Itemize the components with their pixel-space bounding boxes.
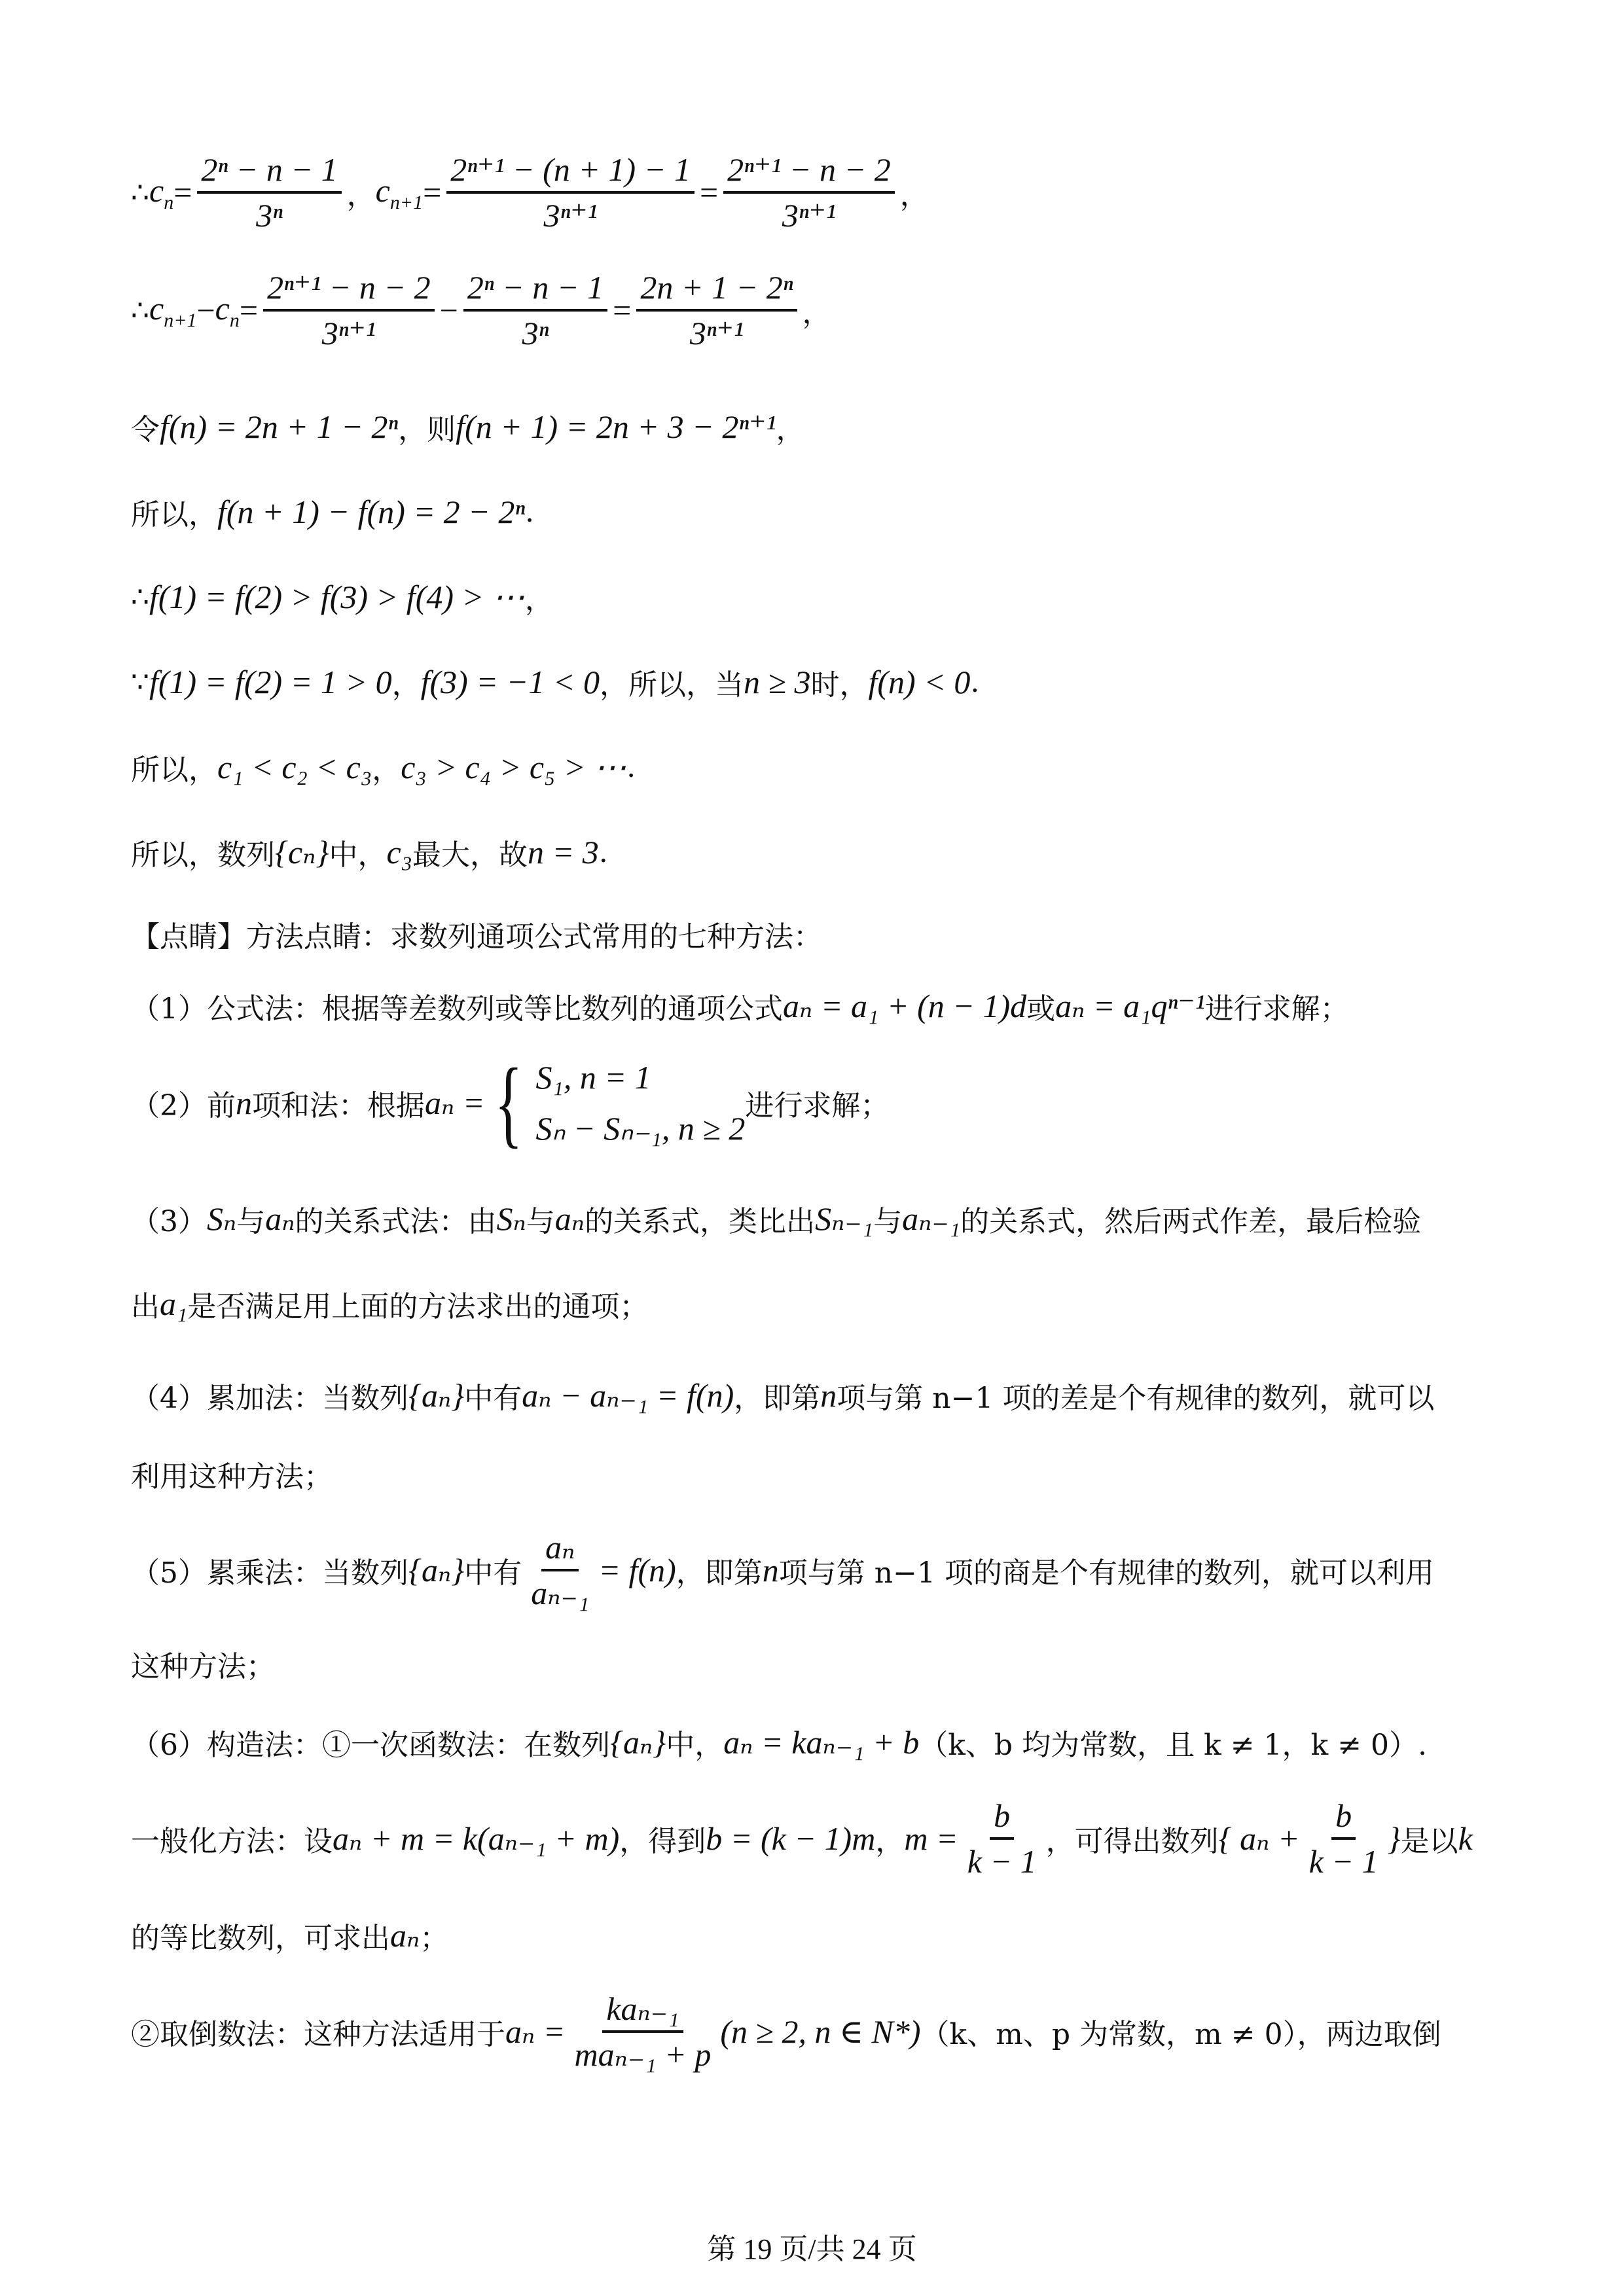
comma: ， bbox=[600, 661, 628, 703]
text-zuida: 最大，故 bbox=[412, 831, 528, 873]
m3-a: （3） bbox=[131, 1198, 207, 1240]
comma: ， bbox=[372, 746, 401, 788]
n: n bbox=[763, 1551, 779, 1589]
m6b-post: 是以 bbox=[1401, 1818, 1458, 1859]
fraction-result: 2n + 1 − 2ⁿ3ⁿ⁺¹ bbox=[636, 268, 797, 352]
case-1: S₁, n = 1 bbox=[536, 1058, 746, 1096]
formula-f-n: f(n) = 2n + 1 − 2ⁿ bbox=[160, 408, 398, 446]
m3-yu: 与 bbox=[526, 1198, 555, 1240]
method-6-line2: 一般化方法：设 aₙ + m = k(aₙ₋₁ + m) ，得到 b = (k … bbox=[131, 1797, 1473, 1880]
text-shi: 时， bbox=[810, 661, 868, 703]
text-suoyi: 所以， bbox=[131, 831, 217, 873]
m6d-post: （k、m、p 为常数，m ≠ 0），两边取倒 bbox=[921, 2011, 1441, 2053]
an1: aₙ₋₁ bbox=[902, 1200, 960, 1238]
comma: ， bbox=[803, 289, 831, 331]
line-c-diff: ∴ cn+1 − cn = 2ⁿ⁺¹ − n − 23ⁿ⁺¹ − 2ⁿ − n … bbox=[131, 268, 831, 352]
equals: = bbox=[240, 291, 258, 329]
m4-mid: 中有 bbox=[464, 1374, 522, 1416]
formula-f-n1: f(n + 1) = 2n + 3 − 2ⁿ⁺¹ bbox=[456, 408, 776, 446]
m6b-eq2: b = (k − 1)m bbox=[706, 1820, 875, 1857]
an: aₙ bbox=[555, 1200, 585, 1238]
m3-e: 的关系式，然后两式作差，最后检验 bbox=[960, 1198, 1421, 1240]
method-4-line2: 利用这种方法； bbox=[131, 1453, 333, 1495]
formula-cn-set: {cₙ} bbox=[275, 833, 329, 871]
m4-pre: （4）累加法：当数列 bbox=[131, 1374, 408, 1416]
comma: ， bbox=[875, 1818, 904, 1859]
an-set: {aₙ} bbox=[408, 1551, 464, 1589]
comma: ， bbox=[347, 171, 376, 213]
text-suoyi: 所以， bbox=[628, 661, 715, 703]
m6d-pre: ②取倒数法：这种方法适用于 bbox=[131, 2011, 505, 2053]
formula-f-vals1: f(1) = f(2) = 1 > 0 bbox=[149, 663, 392, 701]
minus: − bbox=[440, 291, 458, 329]
m6-post: （k、b 均为常数，且 k ≠ 1，k ≠ 0）. bbox=[919, 1721, 1427, 1763]
method-1: （1）公式法：根据等差数列或等比数列的通项公式 aₙ = a₁ + (n − 1… bbox=[131, 985, 1349, 1027]
text-suoyi: 所以， bbox=[131, 746, 217, 788]
formula-n-ge-3: n ≥ 3 bbox=[744, 663, 810, 701]
therefore-symbol: ∴ bbox=[131, 176, 149, 209]
m6-pre: （6）构造法：①一次函数法：在数列 bbox=[131, 1721, 610, 1763]
Sn1: Sₙ₋₁ bbox=[815, 1200, 873, 1238]
m3-c: 的关系式法：由 bbox=[295, 1198, 497, 1240]
an: aₙ bbox=[265, 1200, 295, 1238]
comma: ， bbox=[900, 171, 929, 213]
m5-rhs: = f(n) bbox=[598, 1551, 676, 1589]
c-n: cn bbox=[215, 289, 240, 332]
formula-f-vals2: f(3) = −1 < 0 bbox=[421, 663, 600, 701]
line-f-sign: ∵ f(1) = f(2) = 1 > 0 ， f(3) = −1 < 0 ， … bbox=[131, 661, 979, 703]
m3-d: 的关系式，类比出 bbox=[585, 1198, 815, 1240]
m6b-eq1: aₙ + m = k(aₙ₋₁ + m) bbox=[333, 1820, 619, 1857]
text-suoyi: 所以， bbox=[131, 491, 217, 533]
line-f-diff: 所以， f(n + 1) − f(n) = 2 − 2ⁿ . bbox=[131, 491, 534, 533]
method-6-line4: ②取倒数法：这种方法适用于 aₙ = kaₙ₋₁maₙ₋₁ + p (n ≥ 2… bbox=[131, 1990, 1441, 2073]
page-footer: 第 19 页/共 24 页 bbox=[0, 2225, 1624, 2267]
m4-eq: aₙ − aₙ₋₁ = f(n) bbox=[522, 1376, 734, 1414]
m2-cases: { S₁, n = 1 Sₙ − Sₙ₋₁, n ≥ 2 bbox=[485, 1054, 746, 1152]
method-6-line3: 的等比数列，可求出 aₙ ； bbox=[131, 1914, 448, 1956]
m6b-fraction: bk − 1 bbox=[964, 1797, 1041, 1880]
Sn: Sₙ bbox=[207, 1200, 236, 1238]
c-n1: cn+1 bbox=[376, 171, 423, 214]
m5-mid: 中有 bbox=[464, 1549, 522, 1591]
an-eq: aₙ = bbox=[505, 2013, 566, 2051]
m5-post-b: 项与第 n−1 项的商是个有规律的数列，就可以利用 bbox=[779, 1549, 1434, 1591]
m2-text: （2）前 bbox=[131, 1082, 236, 1124]
m1-formula-arith: aₙ = a₁ + (n − 1)d bbox=[783, 987, 1026, 1025]
m3-l2-post: 是否满足用上面的方法求出的通项； bbox=[187, 1283, 648, 1325]
formula-c3: c₃ bbox=[386, 833, 412, 871]
line-f-order: ∴ f(1) = f(2) > f(3) > f(4) > ⋯ ， bbox=[131, 576, 554, 618]
m2-mid: 项和法：根据 bbox=[252, 1082, 425, 1124]
tip-heading: 【点睛】方法点睛：求数列通项公式常用的七种方法： bbox=[131, 913, 822, 955]
m5-post-a: ，即第 bbox=[676, 1549, 763, 1591]
formula-fn-neg: f(n) < 0 bbox=[868, 663, 970, 701]
c-n: cn bbox=[149, 171, 173, 214]
fraction-cn1: 2ⁿ⁺¹ − (n + 1) − 13ⁿ⁺¹ bbox=[446, 151, 695, 234]
equals: = bbox=[173, 173, 192, 211]
method-5-line1: （5）累乘法：当数列 {aₙ} 中有 aₙaₙ₋₁ = f(n) ，即第 n 项… bbox=[131, 1528, 1434, 1612]
m3-l2-pre: 出 bbox=[131, 1283, 160, 1325]
method-3-line2: 出 a₁ 是否满足用上面的方法求出的通项； bbox=[131, 1283, 648, 1325]
line-conclusion: 所以， 数列 {cₙ} 中， c₃ 最大，故 n = 3 . bbox=[131, 831, 608, 873]
m3-yu: 与 bbox=[236, 1198, 265, 1240]
line-f-def: 令 f(n) = 2n + 1 − 2ⁿ ， 则 f(n + 1) = 2n +… bbox=[131, 406, 804, 448]
m6b-pre: 一般化方法：设 bbox=[131, 1818, 333, 1859]
m4-post-b: 项与第 n−1 项的差是个有规律的数列，就可以 bbox=[837, 1374, 1434, 1416]
equals: = bbox=[613, 291, 631, 329]
m6c-pre: 的等比数列，可求出 bbox=[131, 1914, 390, 1956]
m6b-mid2: ，可得出数列 bbox=[1046, 1818, 1219, 1859]
m5-line2: 这种方法； bbox=[131, 1643, 275, 1685]
text-shulie: 数列 bbox=[217, 831, 275, 873]
m6-eq: aₙ = kaₙ₋₁ + b bbox=[723, 1723, 919, 1761]
because-symbol: ∵ bbox=[131, 666, 149, 699]
a1: a₁ bbox=[160, 1285, 187, 1323]
formula-f-order: f(1) = f(2) > f(3) > f(4) > ⋯ bbox=[149, 578, 525, 616]
m6-zhong: 中， bbox=[666, 1721, 723, 1763]
m6b-m: m = bbox=[904, 1820, 958, 1857]
m5-fraction: aₙaₙ₋₁ bbox=[527, 1528, 593, 1612]
comma: ， bbox=[392, 661, 421, 703]
line-c-n-def: ∴ cn = 2ⁿ − n − 13ⁿ ， cn+1 = 2ⁿ⁺¹ − (n +… bbox=[131, 151, 929, 234]
method-2: （2）前 n 项和法：根据 aₙ = { S₁, n = 1 Sₙ − Sₙ₋₁… bbox=[131, 1054, 889, 1152]
formula-f-diff: f(n + 1) − f(n) = 2 − 2ⁿ bbox=[217, 493, 525, 531]
m6c-post: ； bbox=[420, 1914, 448, 1956]
Sn: Sₙ bbox=[497, 1200, 526, 1238]
minus: − bbox=[196, 291, 215, 329]
m6b-set-post: } bbox=[1388, 1820, 1401, 1857]
c-n1: cn+1 bbox=[149, 289, 196, 332]
formula-c-order2: c₃ > c₄ > c₅ > ⋯ bbox=[401, 748, 626, 786]
text-ze: 则 bbox=[427, 406, 456, 448]
tip-heading-text: 【点睛】方法点睛：求数列通项公式常用的七种方法： bbox=[131, 913, 822, 955]
m1-formula-geom: aₙ = a₁qⁿ⁻¹ bbox=[1055, 987, 1205, 1025]
method-5-line2: 这种方法； bbox=[131, 1643, 275, 1685]
equals: = bbox=[423, 173, 441, 211]
an-set: {aₙ} bbox=[610, 1723, 666, 1761]
m6d-fraction: kaₙ₋₁maₙ₋₁ + p bbox=[571, 1990, 715, 2073]
text-dang: 当 bbox=[715, 661, 744, 703]
method-6-line1: （6）构造法：①一次函数法：在数列 {aₙ} 中， aₙ = kaₙ₋₁ + b… bbox=[131, 1721, 1427, 1763]
method-3-line1: （3） Sₙ 与 aₙ 的关系式法：由 Sₙ 与 aₙ 的关系式，类比出 Sₙ₋… bbox=[131, 1198, 1421, 1240]
an: aₙ bbox=[390, 1916, 420, 1954]
comma: ， bbox=[398, 406, 427, 448]
m1-or: 或 bbox=[1026, 985, 1055, 1027]
n: n bbox=[820, 1376, 837, 1414]
therefore-symbol: ∴ bbox=[131, 294, 149, 327]
m2-n: n bbox=[236, 1084, 252, 1122]
line-c-order: 所以， c₁ < c₂ < c₃ ， c₃ > c₄ > c₅ > ⋯ . bbox=[131, 746, 636, 788]
fraction-cn1-simplified: 2ⁿ⁺¹ − n − 23ⁿ⁺¹ bbox=[723, 151, 895, 234]
period: . bbox=[970, 666, 979, 699]
fraction-cn: 2ⁿ − n − 13ⁿ bbox=[197, 151, 341, 234]
formula-c-order1: c₁ < c₂ < c₃ bbox=[217, 748, 372, 786]
comma: ， bbox=[525, 576, 554, 618]
period: . bbox=[525, 495, 534, 529]
m3-yu: 与 bbox=[873, 1198, 902, 1240]
m5-pre: （5）累乘法：当数列 bbox=[131, 1549, 408, 1591]
fraction-a: 2ⁿ⁺¹ − n − 23ⁿ⁺¹ bbox=[263, 268, 435, 352]
k: k bbox=[1458, 1820, 1473, 1857]
m1-text: （1）公式法：根据等差数列或等比数列的通项公式 bbox=[131, 985, 783, 1027]
an-set: {aₙ} bbox=[408, 1376, 464, 1414]
m6b-set-pre: { aₙ + bbox=[1219, 1820, 1300, 1857]
method-4-line1: （4）累加法：当数列 {aₙ} 中有 aₙ − aₙ₋₁ = f(n) ，即第 … bbox=[131, 1374, 1434, 1416]
period: . bbox=[599, 836, 608, 869]
m6b-mid1: ，得到 bbox=[619, 1818, 706, 1859]
left-brace-icon: { bbox=[494, 1054, 522, 1152]
m2-an-eq: aₙ = bbox=[425, 1084, 485, 1122]
comma: ， bbox=[776, 406, 804, 448]
fraction-b: 2ⁿ − n − 13ⁿ bbox=[463, 268, 607, 352]
m6b-set-fraction: bk − 1 bbox=[1305, 1797, 1382, 1880]
m4-line2: 利用这种方法； bbox=[131, 1453, 333, 1495]
formula-n-eq-3: n = 3 bbox=[528, 833, 599, 871]
period: . bbox=[626, 751, 636, 784]
text-ling: 令 bbox=[131, 406, 160, 448]
m4-post-a: ，即第 bbox=[734, 1374, 820, 1416]
m1-post: 进行求解； bbox=[1205, 985, 1349, 1027]
m6d-cond: (n ≥ 2, n ∈ N*) bbox=[720, 2013, 920, 2051]
equals: = bbox=[700, 173, 718, 211]
m2-post: 进行求解； bbox=[745, 1082, 889, 1124]
therefore-symbol: ∴ bbox=[131, 581, 149, 614]
text-zhong: 中， bbox=[329, 831, 386, 873]
case-2: Sₙ − Sₙ₋₁, n ≥ 2 bbox=[536, 1109, 746, 1147]
